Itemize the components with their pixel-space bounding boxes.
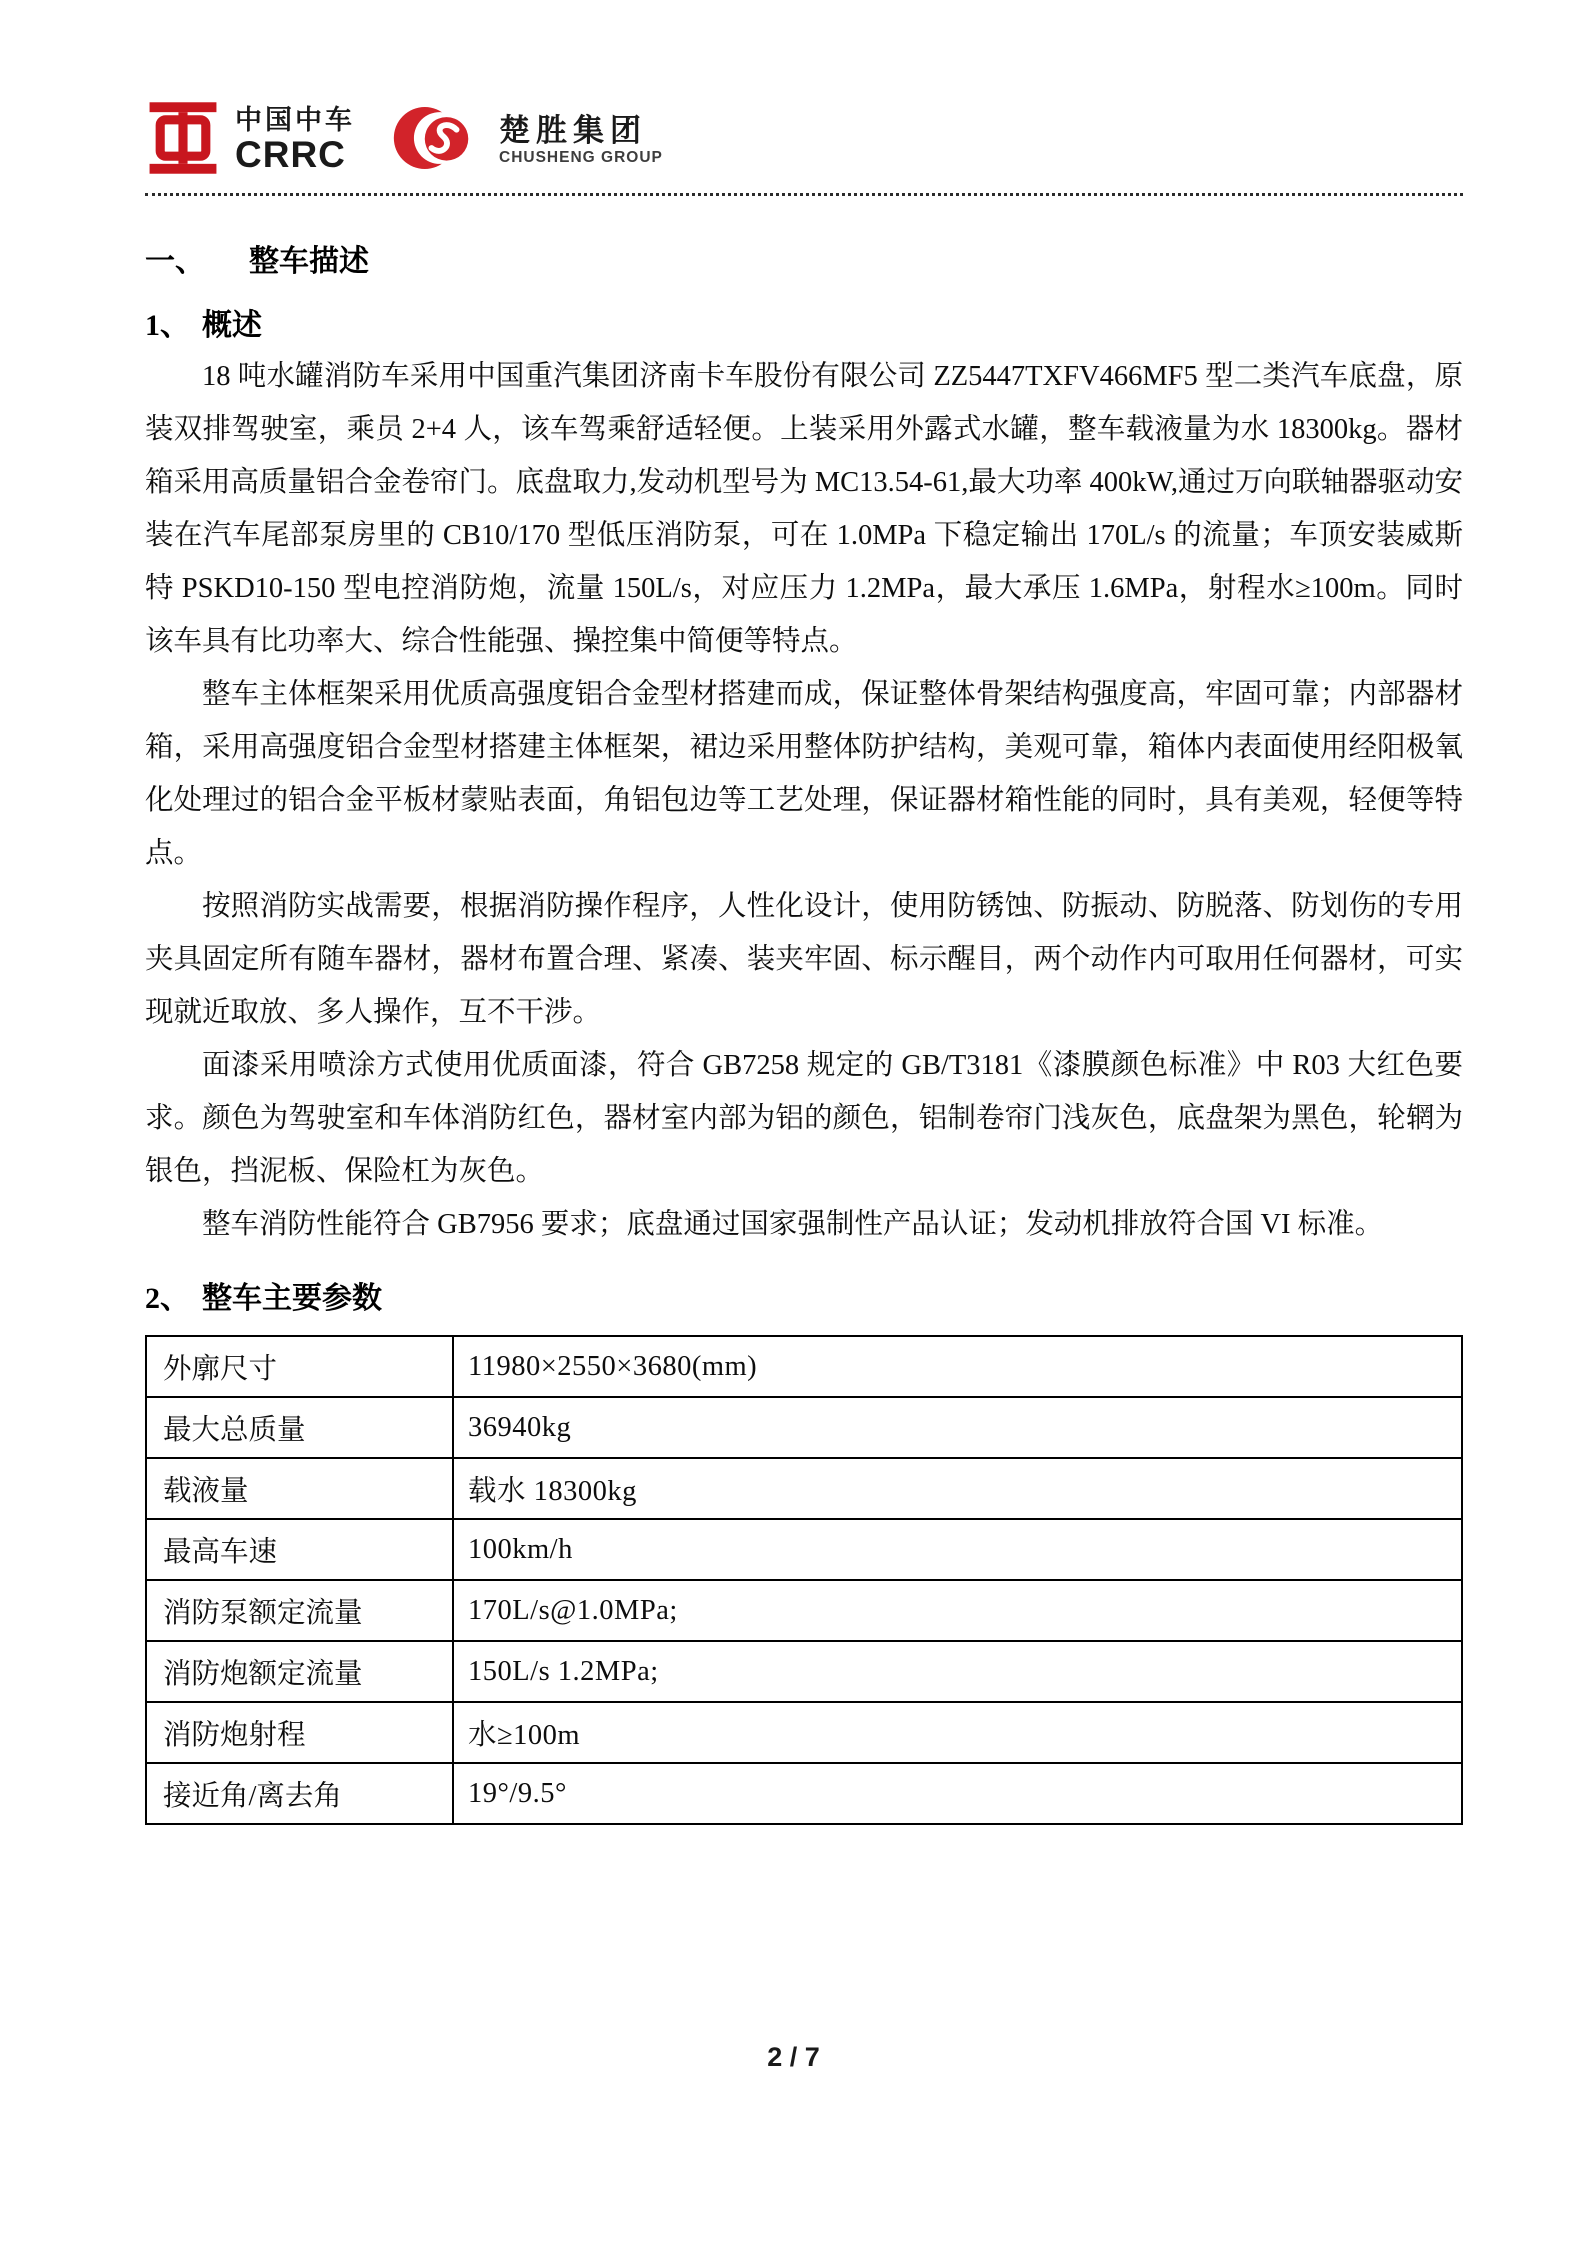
paragraph-equipment: 按照消防实战需要，根据消防操作程序，人性化设计，使用防锈蚀、防振动、防脱落、防划… [145,880,1463,1039]
table-row: 最大总质量 36940kg [146,1397,1462,1458]
chusheng-logo-en-text: CHUSHENG GROUP [499,150,663,166]
subsection-1-heading: 1、概述 [145,300,1463,344]
param-value: 100km/h [453,1519,1462,1580]
crrc-logo-cn-text: 中国中车 [235,107,355,134]
table-row: 载液量 载水 18300kg [146,1458,1462,1519]
param-value: 170L/s@1.0MPa; [453,1580,1462,1641]
param-label: 消防炮射程 [146,1702,453,1763]
param-value: 水≥100m [453,1702,1462,1763]
chusheng-logo: 楚胜集团 CHUSHENG GROUP [393,96,663,185]
param-value: 11980×2550×3680(mm) [453,1336,1462,1397]
subsection-2-title: 整车主要参数 [202,1282,382,1315]
paragraph-overview-1: 18 吨水罐消防车采用中国重汽集团济南卡车股份有限公司 ZZ5447TXFV46… [145,350,1463,668]
crrc-logo-en-text: CRRC [235,136,355,173]
section-heading-title: 整车描述 [249,245,369,278]
param-label: 载液量 [146,1458,453,1519]
paragraph-frame: 整车主体框架采用优质高强度铝合金型材搭建而成，保证整体骨架结构强度高，牢固可靠；… [145,668,1463,880]
param-value: 载水 18300kg [453,1458,1462,1519]
subsection-1-number: 1、 [145,309,190,342]
chusheng-logo-cn-text: 楚胜集团 [499,115,663,146]
section-heading: 一、整车描述 [145,236,1463,280]
table-row: 消防炮额定流量 150L/s 1.2MPa; [146,1641,1462,1702]
body-text: 18 吨水罐消防车采用中国重汽集团济南卡车股份有限公司 ZZ5447TXFV46… [145,350,1463,1251]
crrc-logo: 中国中车 CRRC [145,96,355,185]
param-value: 19°/9.5° [453,1763,1462,1824]
param-label: 外廓尺寸 [146,1336,453,1397]
chusheng-ring-emblem-icon [393,96,485,185]
subsection-2-number: 2、 [145,1282,190,1315]
table-row: 最高车速 100km/h [146,1519,1462,1580]
param-label: 消防炮额定流量 [146,1641,453,1702]
section-heading-number: 一、 [145,245,205,278]
paragraph-standards: 整车消防性能符合 GB7956 要求；底盘通过国家强制性产品认证；发动机排放符合… [145,1198,1463,1251]
document-page: 中国中车 CRRC 楚胜集团 CHUSHENG GROUP [0,0,1587,2245]
table-row: 消防泵额定流量 170L/s@1.0MPa; [146,1580,1462,1641]
param-value: 150L/s 1.2MPa; [453,1641,1462,1702]
header-divider [145,193,1463,196]
table-row: 消防炮射程 水≥100m [146,1702,1462,1763]
param-value: 36940kg [453,1397,1462,1458]
param-label: 消防泵额定流量 [146,1580,453,1641]
crrc-che-emblem-icon [145,96,221,185]
parameters-table: 外廓尺寸 11980×2550×3680(mm) 最大总质量 36940kg 载… [145,1335,1463,1825]
page-number: 2 / 7 [0,2042,1587,2073]
page-header: 中国中车 CRRC 楚胜集团 CHUSHENG GROUP [145,0,1463,184]
param-label: 最高车速 [146,1519,453,1580]
param-label: 最大总质量 [146,1397,453,1458]
table-row: 接近角/离去角 19°/9.5° [146,1763,1462,1824]
table-row: 外廓尺寸 11980×2550×3680(mm) [146,1336,1462,1397]
subsection-1-title: 概述 [202,309,262,342]
subsection-2-heading: 2、整车主要参数 [145,1273,1463,1317]
param-label: 接近角/离去角 [146,1763,453,1824]
paragraph-paint: 面漆采用喷涂方式使用优质面漆，符合 GB7258 规定的 GB/T3181《漆膜… [145,1039,1463,1198]
